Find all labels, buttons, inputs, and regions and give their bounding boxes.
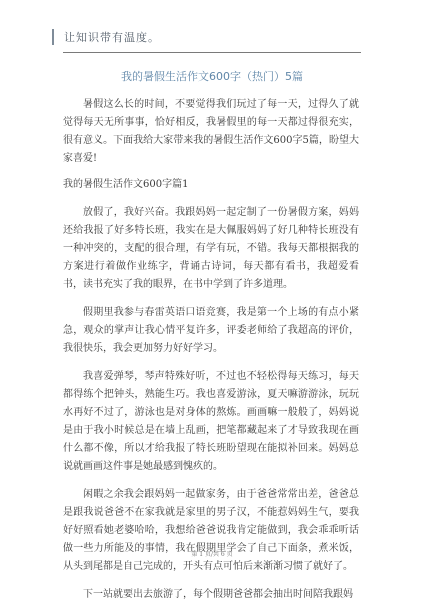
- body-paragraph: 放假了，我好兴奋。我跟妈妈一起定制了一份暑假方案，妈妈还给我报了好多特长班，我实…: [63, 204, 359, 294]
- section-heading: 我的暑假生活作文600字篇1: [63, 176, 359, 194]
- header-divider: [63, 52, 361, 53]
- accent-bar: [52, 29, 54, 45]
- document-title: 我的暑假生活作文600字（热门）5篇: [0, 68, 424, 84]
- site-header: 让知识带有温度。: [52, 28, 160, 46]
- site-slogan: 让知识带有温度。: [64, 29, 160, 45]
- body-paragraph: 假期里我参与春雷英语口语竞赛，我是第一个上场的有点小紧急，观众的掌声让我心情平复…: [63, 304, 359, 358]
- document-body: 暑假这么长的时间，不要觉得我们玩过了每一天，过得久了就觉得每天无所事事，恰好相反…: [63, 96, 359, 600]
- intro-paragraph: 暑假这么长的时间，不要觉得我们玩过了每一天，过得久了就觉得每天无所事事，恰好相反…: [63, 96, 359, 168]
- page-indicator: 第 1 页/共 6 页: [0, 549, 424, 558]
- body-paragraph: 我喜爱弹琴，琴声特殊好听，不过也不轻松得每天练习，每天都得练个把钟头，熟能生巧。…: [63, 368, 359, 476]
- body-paragraph: 下一站就要出去旅游了，每个假期爸爸都会抽出时间陪我跟妈: [63, 586, 359, 600]
- body-paragraph: 闲暇之余我会跟妈妈一起做家务，由于爸爸常常出差，爸爸总是跟我说爸爸不在家我就是家…: [63, 486, 359, 576]
